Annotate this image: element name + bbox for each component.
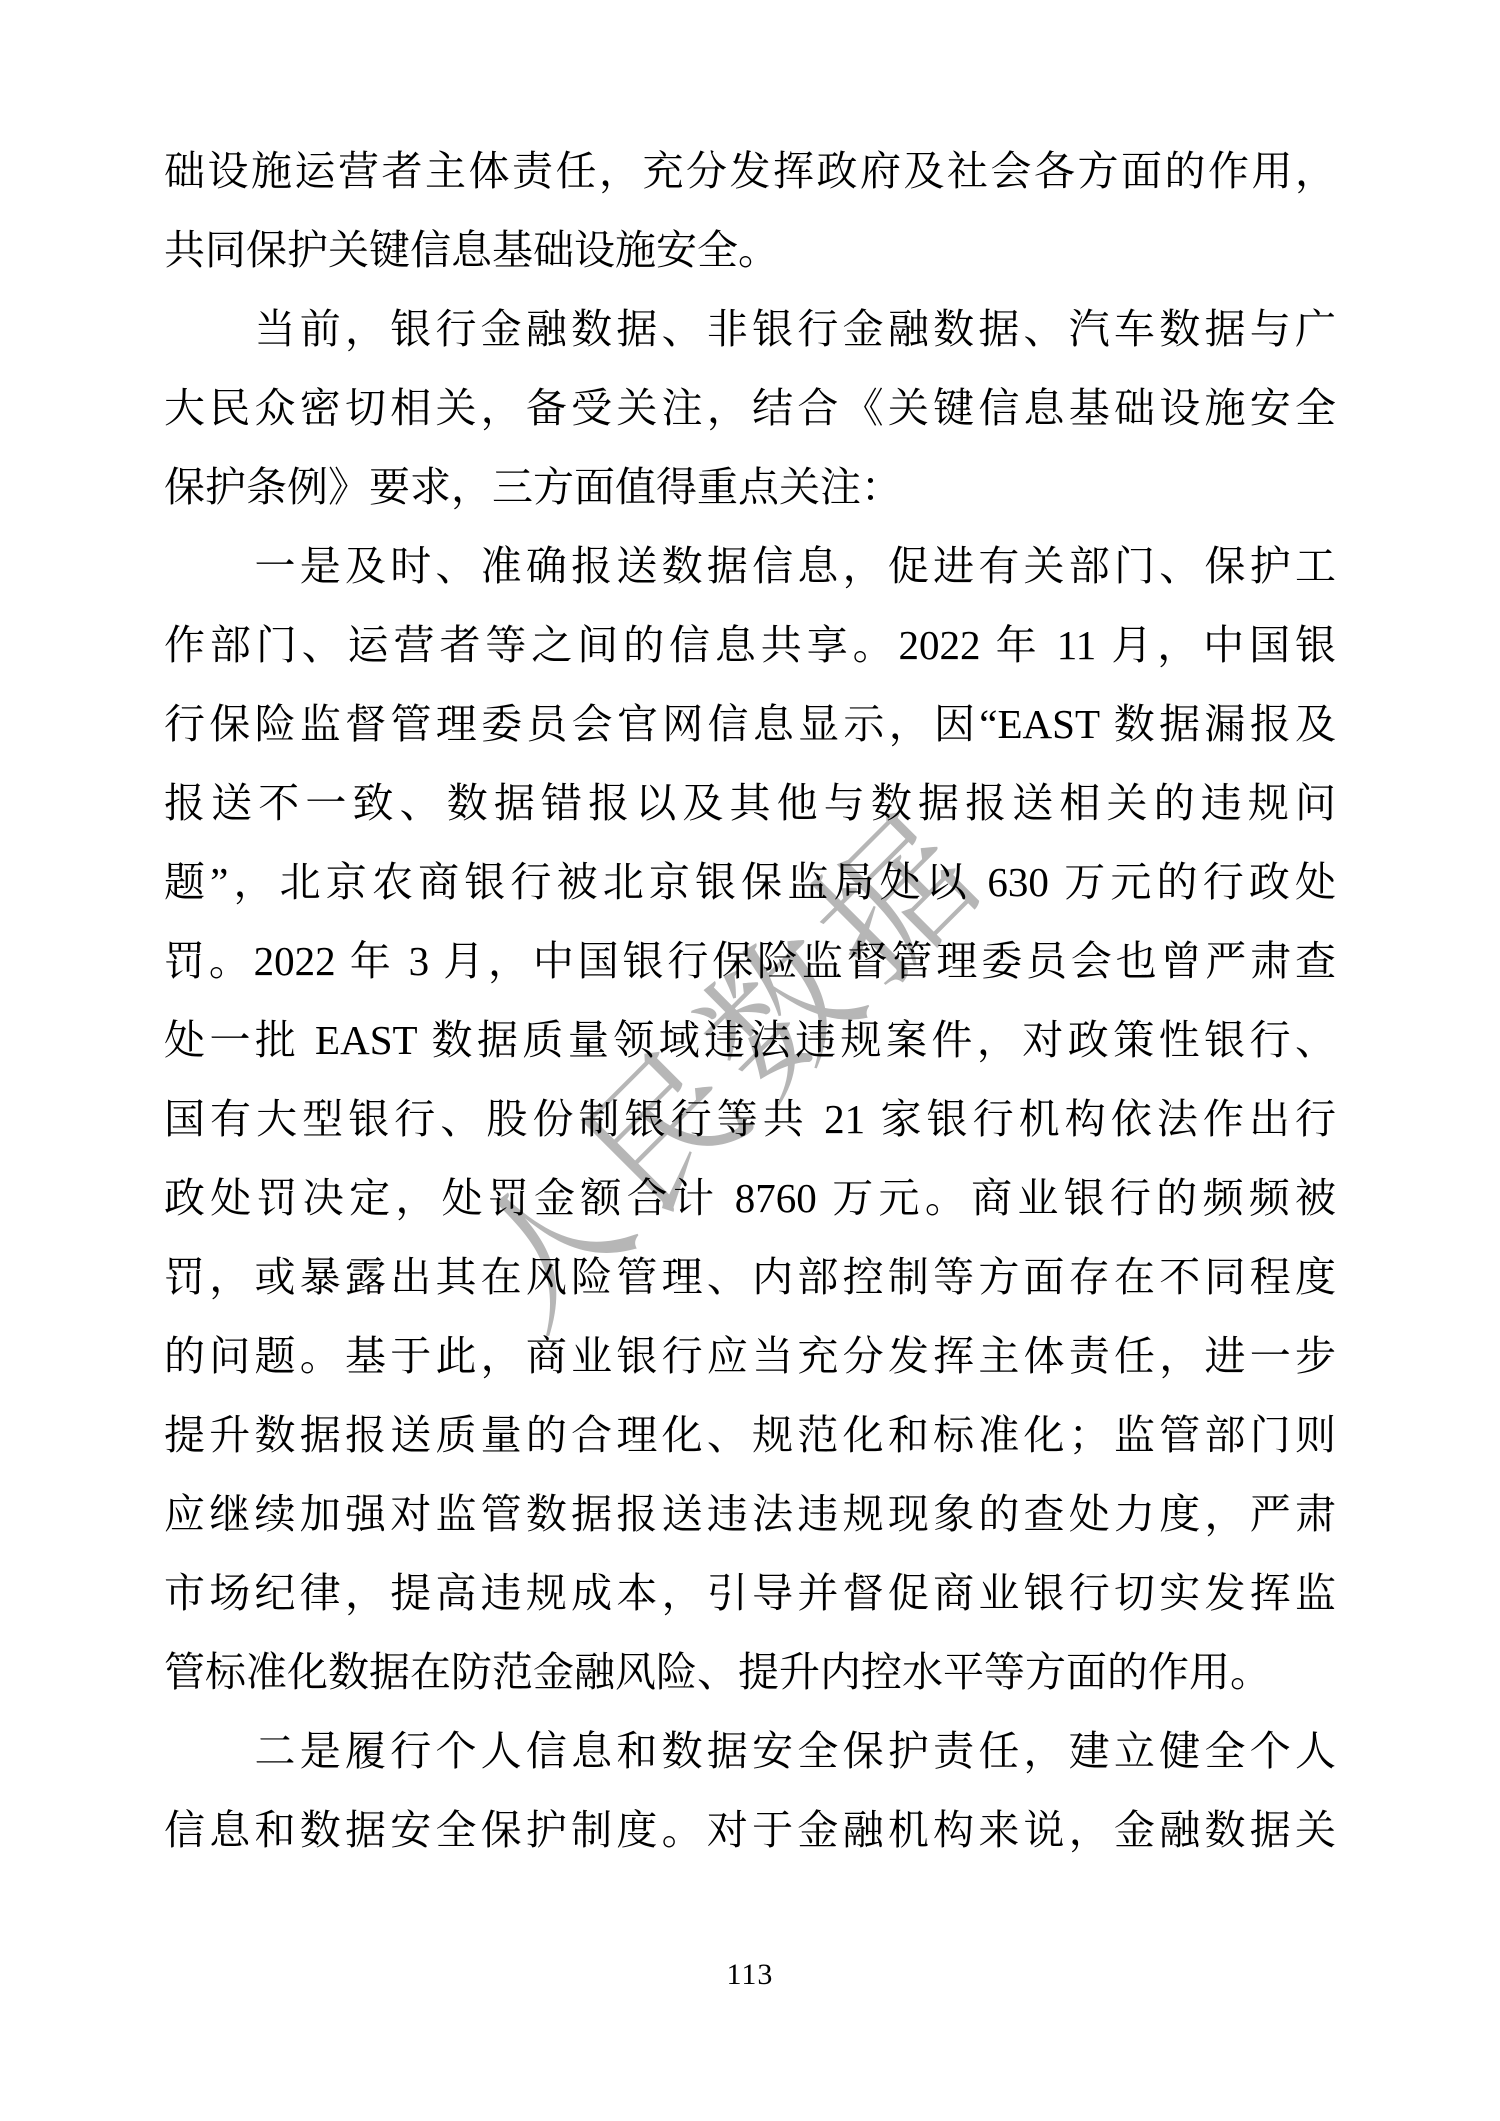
body-text: 础设施运营者主体责任，充分发挥政府及社会各方面的作用，共同保护关键信息基础设施安…	[164, 132, 1336, 1870]
text-line: 题”，北京农商银行被北京银保监局处以 630 万元的行政处	[164, 843, 1336, 922]
text-line: 报送不一致、数据错报以及其他与数据报送相关的违规问	[164, 764, 1336, 843]
page-number: 113	[0, 1958, 1500, 1992]
text-line: 行保险监督管理委员会官网信息显示，因“EAST 数据漏报及	[164, 685, 1336, 764]
text-line: 提升数据报送质量的合理化、规范化和标准化；监管部门则	[164, 1396, 1336, 1475]
text-line: 作部门、运营者等之间的信息共享。2022 年 11 月，中国银	[164, 606, 1336, 685]
text-line: 应继续加强对监管数据报送违法违规现象的查处力度，严肃	[164, 1475, 1336, 1554]
text-line: 处一批 EAST 数据质量领域违法违规案件，对政策性银行、	[164, 1001, 1336, 1080]
text-line: 罚。2022 年 3 月，中国银行保险监督管理委员会也曾严肃查	[164, 922, 1336, 1001]
text-line: 二是履行个人信息和数据安全保护责任，建立健全个人	[164, 1712, 1336, 1791]
text-line: 共同保护关键信息基础设施安全。	[164, 211, 1336, 290]
text-line: 管标准化数据在防范金融风险、提升内控水平等方面的作用。	[164, 1633, 1336, 1712]
text-line: 市场纪律，提高违规成本，引导并督促商业银行切实发挥监	[164, 1554, 1336, 1633]
text-line: 大民众密切相关，备受关注，结合《关键信息基础设施安全	[164, 369, 1336, 448]
text-line: 当前，银行金融数据、非银行金融数据、汽车数据与广	[164, 290, 1336, 369]
text-line: 一是及时、准确报送数据信息，促进有关部门、保护工	[164, 527, 1336, 606]
text-line: 国有大型银行、股份制银行等共 21 家银行机构依法作出行	[164, 1080, 1336, 1159]
text-line: 政处罚决定，处罚金额合计 8760 万元。商业银行的频频被	[164, 1159, 1336, 1238]
text-line: 的问题。基于此，商业银行应当充分发挥主体责任，进一步	[164, 1317, 1336, 1396]
text-line: 罚，或暴露出其在风险管理、内部控制等方面存在不同程度	[164, 1238, 1336, 1317]
text-line: 信息和数据安全保护制度。对于金融机构来说，金融数据关	[164, 1791, 1336, 1870]
text-line: 础设施运营者主体责任，充分发挥政府及社会各方面的作用，	[164, 132, 1336, 211]
text-line: 保护条例》要求，三方面值得重点关注：	[164, 448, 1336, 527]
document-page: 人民数据 础设施运营者主体责任，充分发挥政府及社会各方面的作用，共同保护关键信息…	[0, 0, 1500, 2121]
